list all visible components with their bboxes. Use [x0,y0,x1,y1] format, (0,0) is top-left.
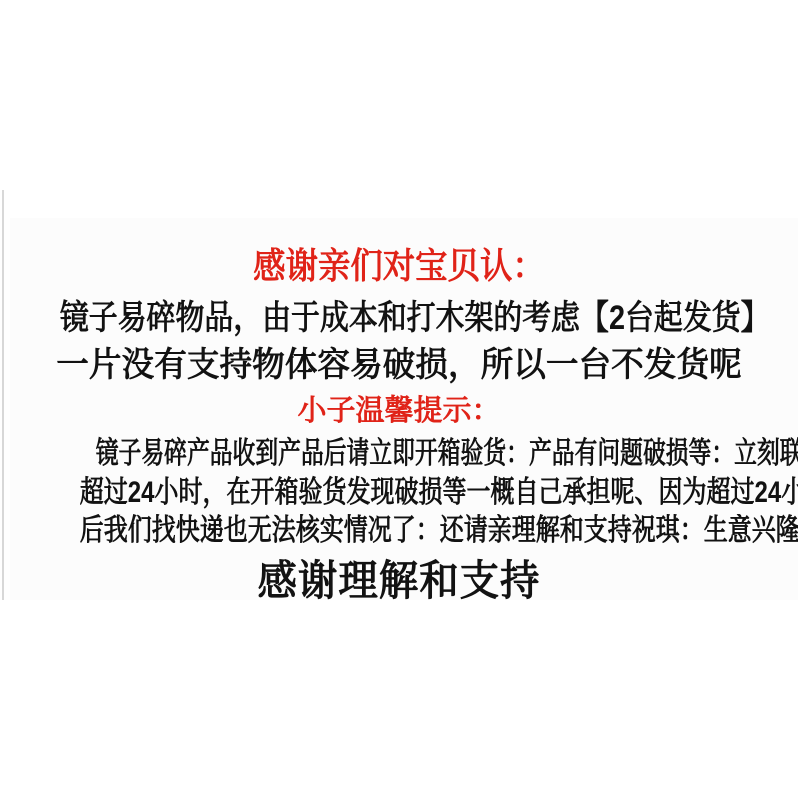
notice-subheading: 小子温馨提示： [0,388,798,429]
warning-line-1: 镜子易碎物品，由于成本和打木架的考虑【2台起发货】 [60,290,738,339]
detail-line-3: 后我们找快递也无法核实情况了：还请亲理解和支持祝琪：生意兴隆•••• [80,505,718,549]
notice-image: { "notice": { "heading_red": "感谢亲们对宝贝认："… [0,0,798,798]
notice-heading: 感谢亲们对宝贝认： [40,238,758,289]
notice-footer: 感谢理解和支持 [24,548,774,608]
warning-line-2: 一片没有支持物体容易破损，所以一台不发货呢 [16,337,782,386]
detail-line-1: 镜子易碎产品收到产品后请立即开箱验货：产品有问题破损等：立刻联系客服 [96,428,702,472]
